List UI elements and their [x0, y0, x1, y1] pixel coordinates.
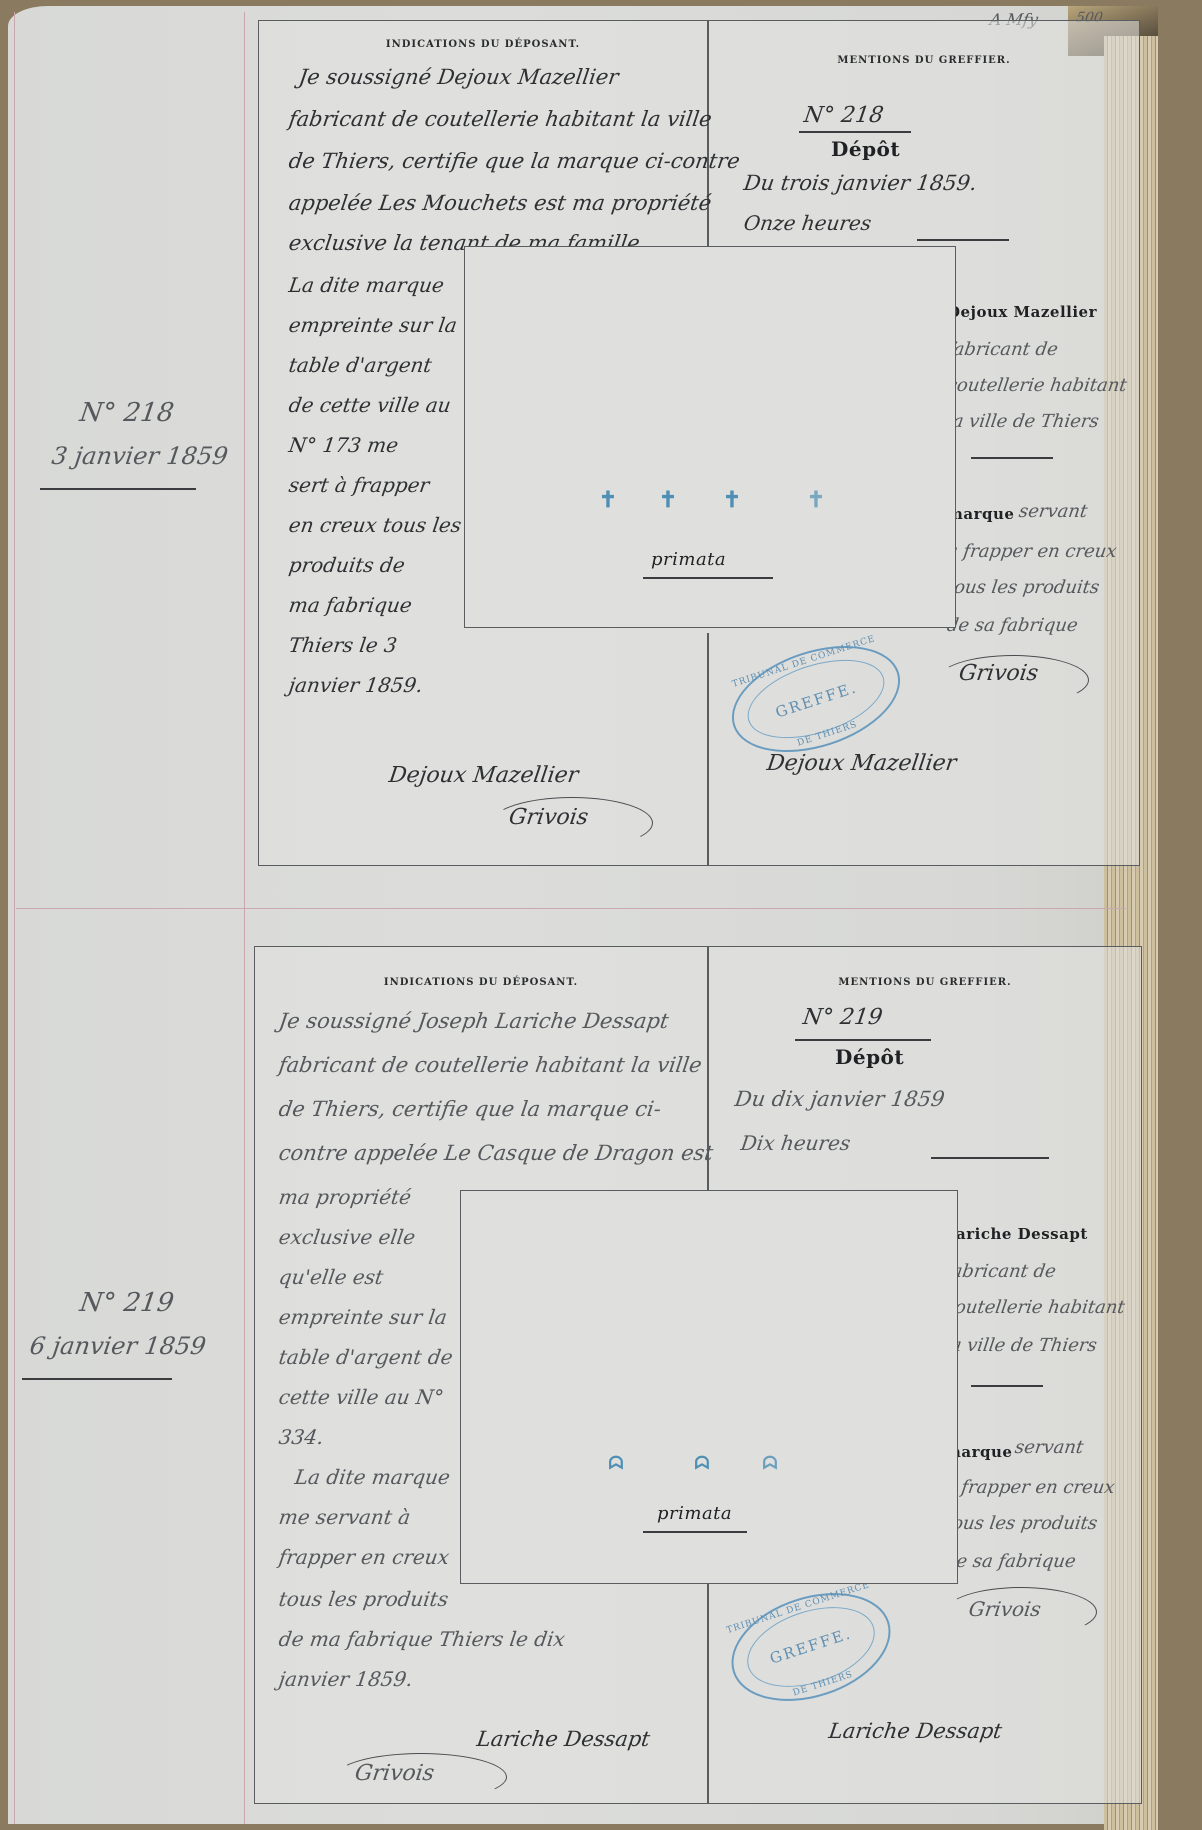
cross-mark-icon: ✝: [717, 487, 747, 513]
entry-separator-rule: [16, 908, 1126, 909]
margin-entry-date: 6 janvier 1859: [28, 1332, 208, 1360]
deposant-line: La dite marque: [293, 1465, 451, 1489]
greffier-mark-desc: de sa fabrique: [944, 1551, 1078, 1572]
greffier-number: N° 218: [802, 103, 885, 128]
greffier-depositor: Lariche Dessapt: [945, 1225, 1088, 1243]
deposant-line: fabricant de coutellerie habitant la vil…: [287, 107, 713, 131]
helmet-mark-icon: ᗣ: [601, 1453, 631, 1474]
deposant-line: de Thiers, certifie que la marque ci-: [277, 1097, 662, 1121]
depositor-signature: Dejoux Mazellier: [387, 763, 580, 788]
greffier-number: N° 219: [801, 1005, 884, 1030]
deposant-line: qu'elle est: [277, 1265, 385, 1289]
column-divider-bottom: [707, 1583, 709, 1803]
deposant-line: 334.: [277, 1425, 325, 1449]
deposant-line: cette ville au N°: [277, 1385, 445, 1409]
greffier-mark-desc: tous les produits: [946, 577, 1101, 598]
deposant-line: produits de: [287, 553, 406, 577]
depot-time: Onze heures: [742, 211, 873, 235]
greffier-rule: [971, 457, 1053, 459]
depot-time: Dix heures: [739, 1131, 852, 1155]
greffe-stamp: TRIBUNAL DE COMMERCE GREFFE. DE THIERS: [718, 626, 913, 771]
depot-title: Dépôt: [831, 137, 900, 161]
helmet-mark-icon: ᗣ: [755, 1453, 785, 1474]
greffier-number-underline: [799, 131, 911, 133]
deposant-line: ma propriété: [277, 1185, 412, 1209]
deposant-header: INDICATIONS DU DÉPOSANT.: [255, 977, 707, 988]
signature-flourish: [945, 1587, 1097, 1637]
margin-underline: [40, 488, 196, 490]
margin-entry-number: N° 219: [78, 1288, 176, 1318]
greffier-header: MENTIONS DU GREFFIER.: [709, 55, 1139, 66]
deposant-line: contre appelée Le Casque de Dragon est: [277, 1141, 714, 1165]
greffier-mark-desc: à frapper en creux: [946, 541, 1118, 562]
mark-label-underline: [643, 1531, 747, 1533]
trademark-box: ✝ ✝ ✝ ✝ primata: [464, 246, 956, 628]
cross-mark-icon: ✝: [801, 487, 831, 513]
helmet-mark-icon: ᗣ: [687, 1453, 717, 1474]
greffier-header: MENTIONS DU GREFFIER.: [709, 977, 1141, 988]
greffier-signature: Dejoux Mazellier: [765, 751, 958, 776]
depositor-signature: Lariche Dessapt: [475, 1727, 651, 1751]
greffier-mark-desc: servant: [1014, 1437, 1085, 1458]
depot-title: Dépôt: [835, 1045, 904, 1069]
register-page: A Mfy 500 N° 218 3 janvier 1859 INDICATI…: [8, 6, 1158, 1824]
deposant-line: La dite marque: [287, 273, 445, 297]
greffier-desc-line: fabricant de: [946, 339, 1060, 360]
greffier-mark-desc: servant: [1018, 501, 1089, 522]
greffier-mark-desc: de sa fabrique: [946, 615, 1080, 636]
depot-date: Du dix janvier 1859: [733, 1087, 946, 1111]
deposant-line: exclusive elle: [277, 1225, 417, 1249]
margin-entry-number: N° 218: [78, 398, 176, 428]
deposant-line: fabricant de coutellerie habitant la vil…: [277, 1053, 703, 1077]
deposant-line: de ma fabrique Thiers le dix: [277, 1627, 566, 1651]
mark-label-underline: [643, 577, 773, 579]
mark-label: primata: [657, 1503, 732, 1524]
deposant-line: de cette ville au: [287, 393, 452, 417]
margin-entry-date: 3 janvier 1859: [50, 442, 230, 470]
mark-label: primata: [651, 549, 726, 570]
deposant-line: en creux tous les: [287, 513, 463, 537]
greffier-desc-line: fabricant de: [944, 1261, 1058, 1282]
deposant-line: sert à frapper: [287, 473, 431, 497]
deposant-line: frapper en creux: [277, 1545, 450, 1569]
deposant-line: janvier 1859.: [287, 673, 424, 697]
deposant-line: appelée Les Mouchets est ma propriété: [287, 191, 713, 215]
deposant-line: N° 173 me: [287, 433, 400, 457]
greffier-rule: [931, 1157, 1049, 1159]
column-divider-bottom: [707, 633, 709, 865]
greffier-rule: [971, 1385, 1043, 1387]
deposant-line: empreinte sur la: [277, 1305, 448, 1329]
depot-date: Du trois janvier 1859.: [742, 171, 978, 195]
deposant-line: Je soussigné Dejoux Mazellier: [297, 65, 620, 89]
greffier-desc-line: coutellerie habitant: [944, 1297, 1127, 1318]
deposant-line: de Thiers, certifie que la marque ci-con…: [287, 149, 741, 173]
cross-mark-icon: ✝: [593, 487, 623, 513]
greffier-desc-line: la ville de Thiers: [944, 1335, 1099, 1356]
margin-rule-inner: [244, 12, 245, 1824]
greffier-rule: [917, 239, 1009, 241]
signature-flourish: [491, 797, 653, 849]
greffier-desc-line: la ville de Thiers: [946, 411, 1101, 432]
greffe-stamp: TRIBUNAL DE COMMERCE GREFFE. DE THIERS: [718, 1574, 905, 1720]
cross-mark-icon: ✝: [653, 487, 683, 513]
greffier-mark-desc: à frapper en creux: [944, 1477, 1116, 1498]
deposant-line: empreinte sur la: [287, 313, 458, 337]
greffier-mark-label: marque: [947, 505, 1014, 523]
deposant-line: ma fabrique: [287, 593, 413, 617]
margin-underline: [22, 1378, 172, 1380]
greffier-depositor: Dejoux Mazellier: [947, 303, 1097, 321]
greffier-mark-desc: tous les produits: [944, 1513, 1099, 1534]
deposant-line: janvier 1859.: [277, 1667, 414, 1691]
greffier-number-underline: [795, 1039, 931, 1041]
trademark-box: ᗣ ᗣ ᗣ primata: [460, 1190, 958, 1584]
deposant-line: me servant à: [277, 1505, 412, 1529]
deposant-header: INDICATIONS DU DÉPOSANT.: [259, 39, 707, 50]
greffier-desc-line: coutellerie habitant: [946, 375, 1129, 396]
deposant-line: table d'argent de: [277, 1345, 454, 1369]
margin-rule-left: [14, 12, 15, 1824]
deposant-line: Je soussigné Joseph Lariche Dessapt: [277, 1009, 670, 1033]
deposant-line: table d'argent: [287, 353, 433, 377]
signature-flourish: [335, 1753, 507, 1801]
deposant-line: Thiers le 3: [287, 633, 398, 657]
greffier-signature: Lariche Dessapt: [827, 1719, 1003, 1743]
deposant-line: tous les produits: [277, 1587, 450, 1611]
signature-flourish: [937, 655, 1089, 705]
